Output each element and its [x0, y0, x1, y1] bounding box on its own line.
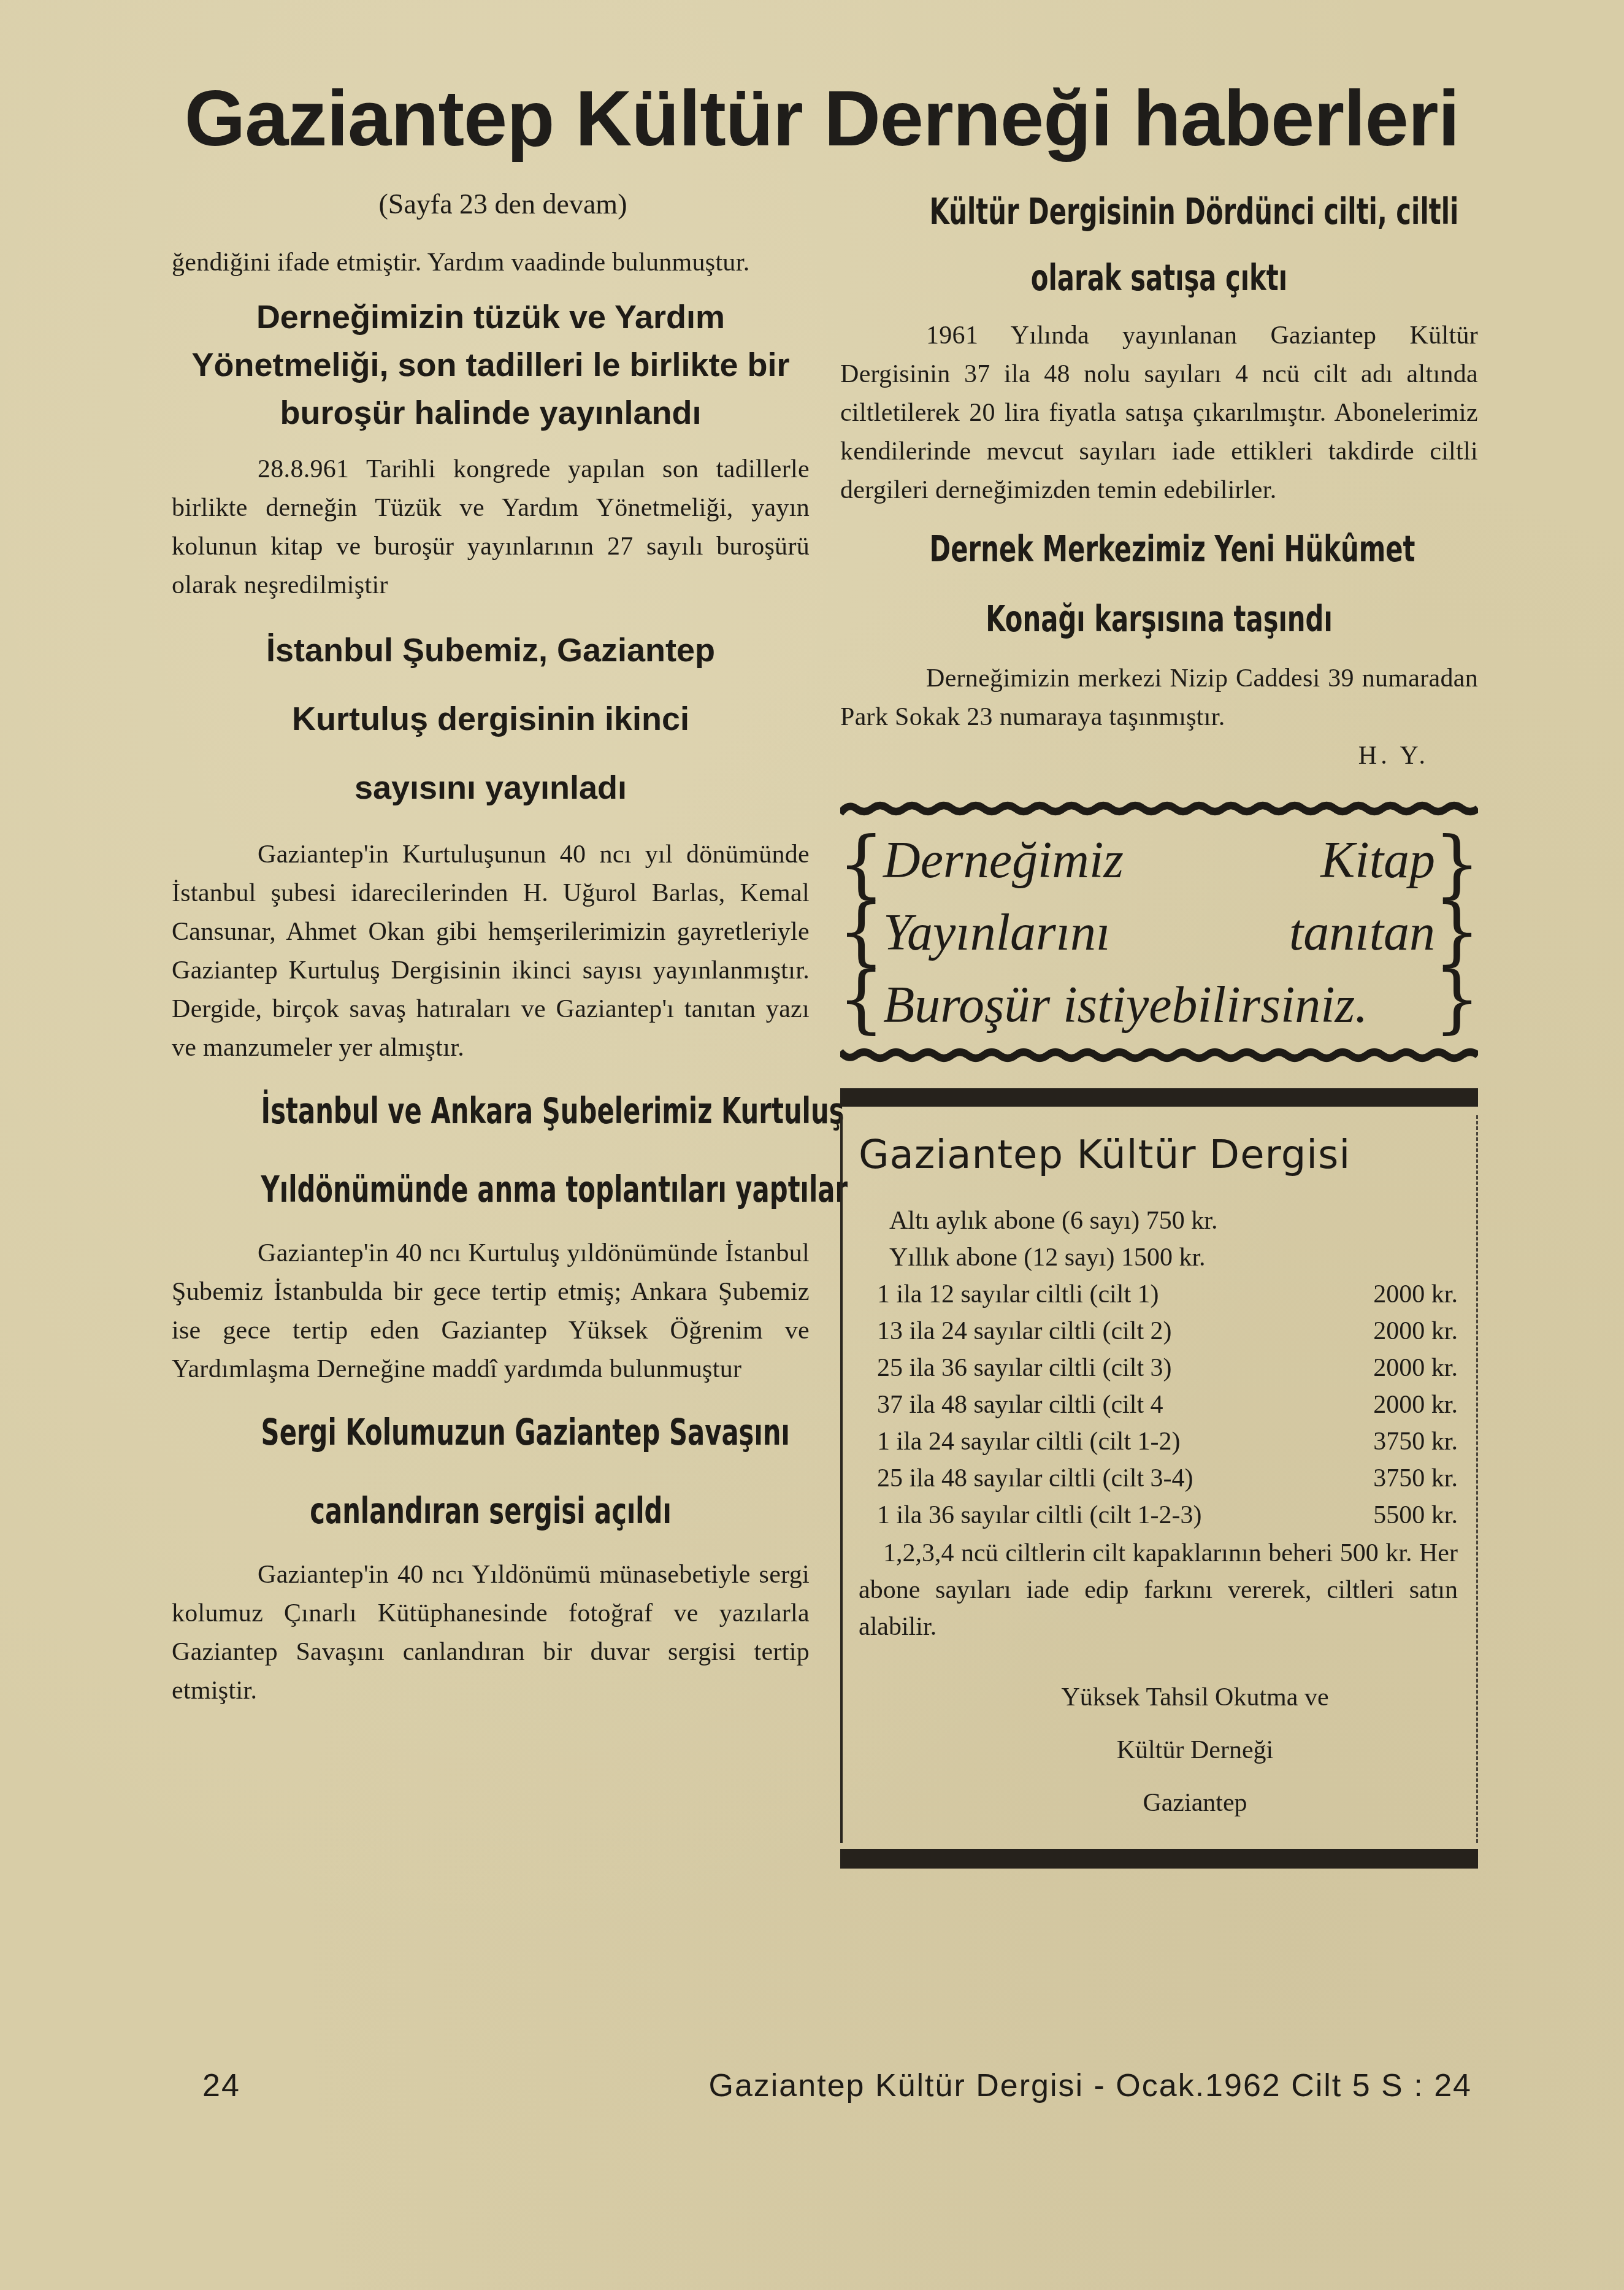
headline-line: Konağı karşısına taşındı [930, 590, 1389, 648]
price-row: 37 ila 48 sayılar ciltli (cilt 4 2000 kr… [859, 1386, 1458, 1423]
price-value: 2000 kr. [1373, 1276, 1458, 1313]
article-bylaws: Derneğimizin tüzük ve Yardım Yönetmeliği… [172, 293, 810, 605]
brace-right-icon: }}} [1434, 831, 1480, 1033]
headline-line: Sergi Kolumuzun Gaziantep Savaşını [261, 1399, 721, 1466]
price-value: 3750 kr. [1373, 1460, 1458, 1497]
article-headline: Derneğimizin tüzük ve Yardım Yönetmeliği… [172, 293, 810, 437]
price-value: 2000 kr. [1373, 1313, 1458, 1350]
publisher-line: Gaziantep [932, 1777, 1458, 1829]
publisher-line: Yüksek Tahsil Okutma ve [932, 1671, 1458, 1724]
headline-line: Kültür Dergisinin Dördünci cilti, ciltli [930, 184, 1389, 239]
magazine-page: Gaziantep Kültür Derneği haberleri (Sayf… [0, 0, 1624, 2290]
wavy-border-top-icon [840, 800, 1478, 818]
article-body: Gaziantep'in Kurtuluşunun 40 ncı yıl dön… [172, 836, 810, 1067]
headline-line: olarak satışa çıktı [930, 250, 1389, 305]
article-signature-row: H. Y. [840, 737, 1478, 775]
article-body: Gaziantep'in 40 ncı Kurtuluş yıldönümünd… [172, 1234, 810, 1389]
rule-bar-top [840, 1088, 1478, 1107]
headline-line: İstanbul ve Ankara Şubelerimiz Kurtuluş [261, 1077, 721, 1145]
headline-line: canlandıran sergisi açıldı [261, 1477, 721, 1545]
price-value: 3750 kr. [1373, 1423, 1458, 1460]
publisher-signature: Yüksek Tahsil Okutma ve Kültür Derneği G… [859, 1671, 1458, 1829]
article-fourth-volume: Kültür Dergisinin Dördünci cilti, ciltli… [840, 184, 1478, 510]
article-body: 1961 Yılında yayınlanan Gaziantep Kültür… [840, 317, 1478, 510]
article-body: Derneğimizin merkezi Nizip Caddesi 39 nu… [840, 659, 1478, 737]
rule-bar-bottom [840, 1849, 1478, 1869]
masthead-title: Gaziantep Kültür Derneği haberleri [184, 74, 1460, 164]
price-row: Altı aylık abone (6 sayı) 750 kr. [859, 1202, 1458, 1239]
article-headline: İstanbul Şubemiz, Gaziantep Kurtuluş der… [172, 616, 810, 822]
headline-line: Yıldönümünde anma toplantıları yaptılar [261, 1156, 721, 1223]
author-initials: H. Y. [1358, 737, 1478, 775]
advert-text: Derneğimiz Kitap Yayınlarını tanıtan Bur… [883, 824, 1435, 1042]
price-value: 2000 kr. [1373, 1350, 1458, 1386]
right-column: Kültür Dergisinin Dördünci cilti, ciltli… [840, 184, 1478, 1869]
price-value: 1500 kr. [1121, 1239, 1206, 1276]
subscription-box: Gaziantep Kültür Dergisi Altı aylık abon… [840, 1088, 1478, 1869]
brochure-advert-box: {{{ }}} Derneğimiz Kitap Yayınlarını tan… [840, 800, 1478, 1064]
intro-paragraph: ğendiğini ifade etmiştir. Yardım vaadind… [172, 244, 810, 282]
price-item: Altı aylık abone (6 sayı) [889, 1202, 1139, 1239]
price-row: 25 ila 36 sayılar ciltli (cilt 3) 2000 k… [859, 1350, 1458, 1386]
article-office-moved: Dernek Merkezimiz Yeni Hükûmet Konağı ka… [840, 520, 1478, 775]
price-item: 37 ila 48 sayılar ciltli (cilt 4 [877, 1386, 1163, 1423]
subscription-content: Gaziantep Kültür Dergisi Altı aylık abon… [840, 1115, 1478, 1843]
price-item: Yıllık abone (12 sayı) [889, 1239, 1114, 1276]
price-item: 1 ila 24 sayılar ciltli (cilt 1-2) [877, 1423, 1181, 1460]
running-title: Gaziantep Kültür Dergisi - Ocak.1962 Cil… [362, 2067, 1472, 2104]
headline-line: İstanbul Şubemiz, Gaziantep [172, 616, 810, 685]
price-row: 1 ila 24 sayılar ciltli (cilt 1-2) 3750 … [859, 1423, 1458, 1460]
article-anniversary-meetings: İstanbul ve Ankara Şubelerimiz Kurtuluş … [172, 1077, 810, 1389]
price-row: 1 ila 36 sayılar ciltli (cilt 1-2-3) 550… [859, 1497, 1458, 1534]
brace-left-icon: {{{ [838, 831, 884, 1033]
price-item: 1 ila 12 sayılar ciltli (cilt 1) [877, 1276, 1159, 1313]
headline-line: Dernek Merkezimiz Yeni Hükûmet [930, 520, 1389, 578]
wavy-border-bottom-icon [840, 1045, 1478, 1064]
article-body: 28.8.961 Tarihli kongrede yapılan son ta… [172, 450, 810, 605]
price-value: 5500 kr. [1373, 1497, 1458, 1534]
publisher-line: Kültür Derneği [932, 1724, 1458, 1777]
price-item: 1 ila 36 sayılar ciltli (cilt 1-2-3) [877, 1497, 1202, 1534]
left-column: (Sayfa 23 den devam) ğendiğini ifade etm… [172, 184, 810, 1720]
price-value: 2000 kr. [1373, 1386, 1458, 1423]
continued-note: (Sayfa 23 den devam) [172, 188, 810, 220]
price-item: 13 ila 24 sayılar ciltli (cilt 2) [877, 1313, 1172, 1350]
page-footer: 24 Gaziantep Kültür Dergisi - Ocak.1962 … [202, 2067, 1472, 2104]
price-item: 25 ila 48 sayılar ciltli (cilt 3-4) [877, 1460, 1193, 1497]
price-row: 25 ila 48 sayılar ciltli (cilt 3-4) 3750… [859, 1460, 1458, 1497]
price-row: 13 ila 24 sayılar ciltli (cilt 2) 2000 k… [859, 1313, 1458, 1350]
price-row: Yıllık abone (12 sayı) 1500 kr. [859, 1239, 1458, 1276]
page-number: 24 [202, 2067, 362, 2104]
article-istanbul-kurtulus-magazine: İstanbul Şubemiz, Gaziantep Kurtuluş der… [172, 616, 810, 1067]
article-exhibition: Sergi Kolumuzun Gaziantep Savaşını canla… [172, 1399, 810, 1710]
price-value: 750 kr. [1146, 1202, 1218, 1239]
price-row: 1 ila 12 sayılar ciltli (cilt 1) 2000 kr… [859, 1276, 1458, 1313]
headline-line: sayısını yayınladı [172, 753, 810, 822]
subscription-note: 1,2,3,4 ncü ciltlerin cilt kapaklarının … [859, 1535, 1458, 1645]
article-body: Gaziantep'in 40 ncı Yıldönümü münasebeti… [172, 1556, 810, 1710]
price-item: 25 ila 36 sayılar ciltli (cilt 3) [877, 1350, 1172, 1386]
subscription-title: Gaziantep Kültür Dergisi [859, 1132, 1458, 1178]
headline-line: Kurtuluş dergisinin ikinci [172, 685, 810, 753]
